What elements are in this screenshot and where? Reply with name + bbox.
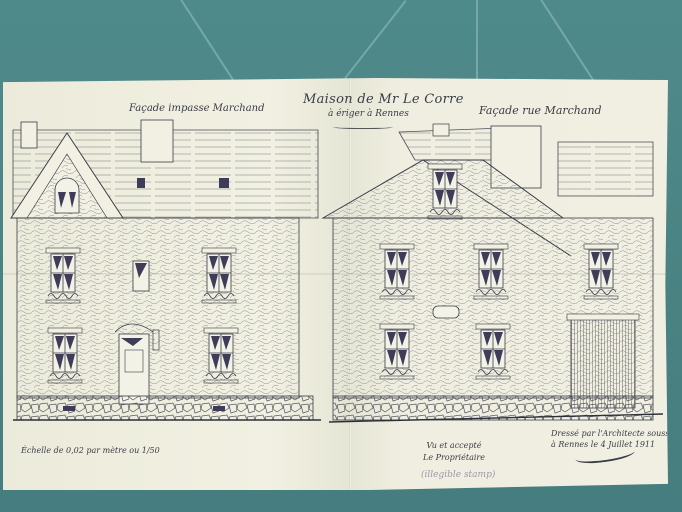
right-elevation: [323, 124, 663, 422]
owner-line-1: Vu et accepté: [423, 440, 485, 452]
drawing-subtitle: à ériger à Rennes: [328, 109, 409, 119]
title-underline: [333, 124, 393, 129]
left-elevation: [11, 120, 321, 420]
drawing-title: Maison de Mr Le Corre: [303, 92, 464, 107]
drawing-sheet: Maison de Mr Le Corre à ériger à Rennes …: [3, 78, 668, 490]
owner-approval: Vu et accepté Le Propriétaire: [423, 440, 485, 464]
stamp: (illegible stamp): [421, 470, 495, 480]
left-elevation-label: Façade impasse Marchand: [129, 103, 265, 114]
background-groove: [476, 0, 478, 80]
scale-note: Échelle de 0,02 par mètre ou 1/50: [21, 446, 160, 455]
owner-line-2: Le Propriétaire: [423, 452, 485, 464]
right-elevation-label: Façade rue Marchand: [479, 104, 602, 117]
architect-line-1: Dressé par l'Architecte soussigné: [551, 428, 682, 439]
